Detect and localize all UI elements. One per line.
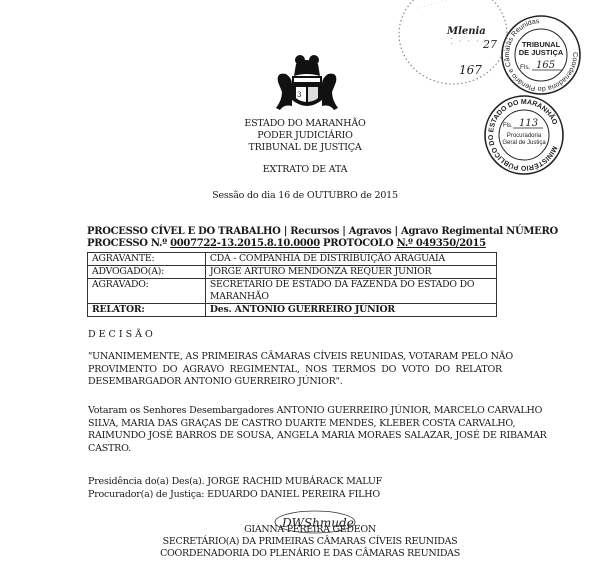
party-label: RELATOR: xyxy=(88,304,206,317)
process-number-label: PROCESSO N.º xyxy=(87,238,170,249)
ministerio-publico-stamp: MINISTÉRIO PÚBLICO DO ESTADO DO MARANHÃO… xyxy=(483,94,565,176)
svg-text:3: 3 xyxy=(297,91,301,99)
process-number-line: PROCESSO N.º 0007722-13.2015.8.10.0000 P… xyxy=(87,238,558,250)
process-title: PROCESSO CÍVEL E DO TRABALHO | Recursos … xyxy=(87,226,558,250)
stamp-justica-line: DE JUSTIÇA xyxy=(519,48,564,57)
document-title: EXTRATO DE ATA xyxy=(180,164,430,176)
signatory-department: COORDENADORIA DO PLENÁRIO E DAS CÂMARAS … xyxy=(150,548,470,560)
votes-line: SILVA, MARIA DAS GRAÇAS DE CASTRO DUARTE… xyxy=(88,418,502,431)
stamp-fls-value: 113 xyxy=(519,118,538,129)
tribunal-stamp: Coordenadoria do Plenário e Câmaras Reun… xyxy=(500,14,582,96)
signatory-name: GIANNA PEREIRA GEDEON xyxy=(150,524,470,536)
institution-header: ESTADO DO MARANHÃO PODER JUDICIÁRIO TRIB… xyxy=(180,118,430,154)
decision-line: DESEMBARGADOR ANTONIO GUERREIRO JÚNIOR". xyxy=(88,376,502,389)
prosecutor-label: Procurador(a) de Justiça: xyxy=(88,489,207,500)
party-value: CDA - COMPANHIA DE DISTRIBUIÇÃO ARAGUAIA xyxy=(205,253,496,266)
party-value: Des. ANTONIO GUERREIRO JÚNIOR xyxy=(205,304,496,317)
decision-text: "UNANIMEMENTE, AS PRIMEIRAS CÂMARAS CÍVE… xyxy=(88,351,502,389)
votes-line: RAIMUNDO JOSÉ BARROS DE SOUSA, ANGELA MA… xyxy=(88,430,502,443)
stamp-geral-line: Geral de Justiça xyxy=(502,140,546,146)
party-label: AGRAVANTE: xyxy=(88,253,206,266)
table-row: AGRAVANTE: CDA - COMPANHIA DE DISTRIBUIÇ… xyxy=(88,253,497,266)
process-number: 0007722-13.2015.8.10.0000 xyxy=(170,238,320,249)
officials: Presidência do(a) Des(a). JORGE RACHID M… xyxy=(88,476,382,501)
stamp-fls-label: Fls. xyxy=(503,123,513,129)
decision-line: "UNANIMEMENTE, AS PRIMEIRAS CÂMARAS CÍVE… xyxy=(88,351,502,364)
decision-line: PROVIMENTO DO AGRAVO REGIMENTAL, NOS TER… xyxy=(88,364,502,377)
coat-of-arms-icon: 3 xyxy=(272,52,342,114)
signature-block: GIANNA PEREIRA GEDEON SECRETÁRIO(A) DA P… xyxy=(150,524,470,560)
presidency-label: Presidência do(a) Des(a). xyxy=(88,476,207,487)
svg-text:· · · · · · · · · · · ·: · · · · · · · · · · · · xyxy=(416,0,458,12)
stamp-procuradoria-line: Procuradoria xyxy=(507,133,542,139)
stamp-date: 27 xyxy=(482,38,497,51)
stamp-fls-value: 165 xyxy=(536,60,555,71)
decision-heading: DECISÃO xyxy=(88,329,156,340)
session-date: Sessão do dia 16 de OUTUBRO de 2015 xyxy=(180,190,430,202)
header-line-judiciary: PODER JUDICIÁRIO xyxy=(180,130,430,142)
party-label: AGRAVADO: xyxy=(88,279,206,304)
process-classification: PROCESSO CÍVEL E DO TRABALHO | Recursos … xyxy=(87,226,558,238)
stamp-fls-label: Fls. xyxy=(520,64,531,71)
stamp-signature: Mlenia xyxy=(446,26,486,37)
presidency-name: JORGE RACHID MUBÁRACK MALUF xyxy=(207,476,382,487)
votes-text: Votaram os Senhores Desembargadores ANTO… xyxy=(88,405,502,455)
prosecutor-name: EDUARDO DANIEL PEREIRA FILHO xyxy=(207,489,380,500)
table-row: RELATOR: Des. ANTONIO GUERREIRO JÚNIOR xyxy=(88,304,497,317)
signatory-role: SECRETÁRIO(A) DA PRIMEIRAS CÂMARAS CÍVEI… xyxy=(150,536,470,548)
protocol-number: N.º 049350/2015 xyxy=(397,238,486,249)
presidency-line: Presidência do(a) Des(a). JORGE RACHID M… xyxy=(88,476,382,489)
header-line-state: ESTADO DO MARANHÃO xyxy=(180,118,430,130)
parties-table: AGRAVANTE: CDA - COMPANHIA DE DISTRIBUIÇ… xyxy=(87,252,497,317)
votes-line: Votaram os Senhores Desembargadores ANTO… xyxy=(88,405,502,418)
party-value: JORGE ARTURO MENDONZA REQUER JUNIOR xyxy=(205,266,496,279)
party-label: ADVOGADO(A): xyxy=(88,266,206,279)
receipt-stamp: · · · · · · · · · · · · : · · · · Mlenia… xyxy=(395,0,515,94)
party-value: SECRETARIO DE ESTADO DA FAZENDA DO ESTAD… xyxy=(205,279,496,304)
protocol-label: PROTOCOLO xyxy=(320,238,397,249)
stamp-number: 167 xyxy=(459,63,482,77)
table-row: AGRAVADO: SECRETARIO DE ESTADO DA FAZEND… xyxy=(88,279,497,304)
table-row: ADVOGADO(A): JORGE ARTURO MENDONZA REQUE… xyxy=(88,266,497,279)
votes-line: CASTRO. xyxy=(88,443,502,456)
header-line-court: TRIBUNAL DE JUSTIÇA xyxy=(180,142,430,154)
prosecutor-line: Procurador(a) de Justiça: EDUARDO DANIEL… xyxy=(88,489,382,502)
